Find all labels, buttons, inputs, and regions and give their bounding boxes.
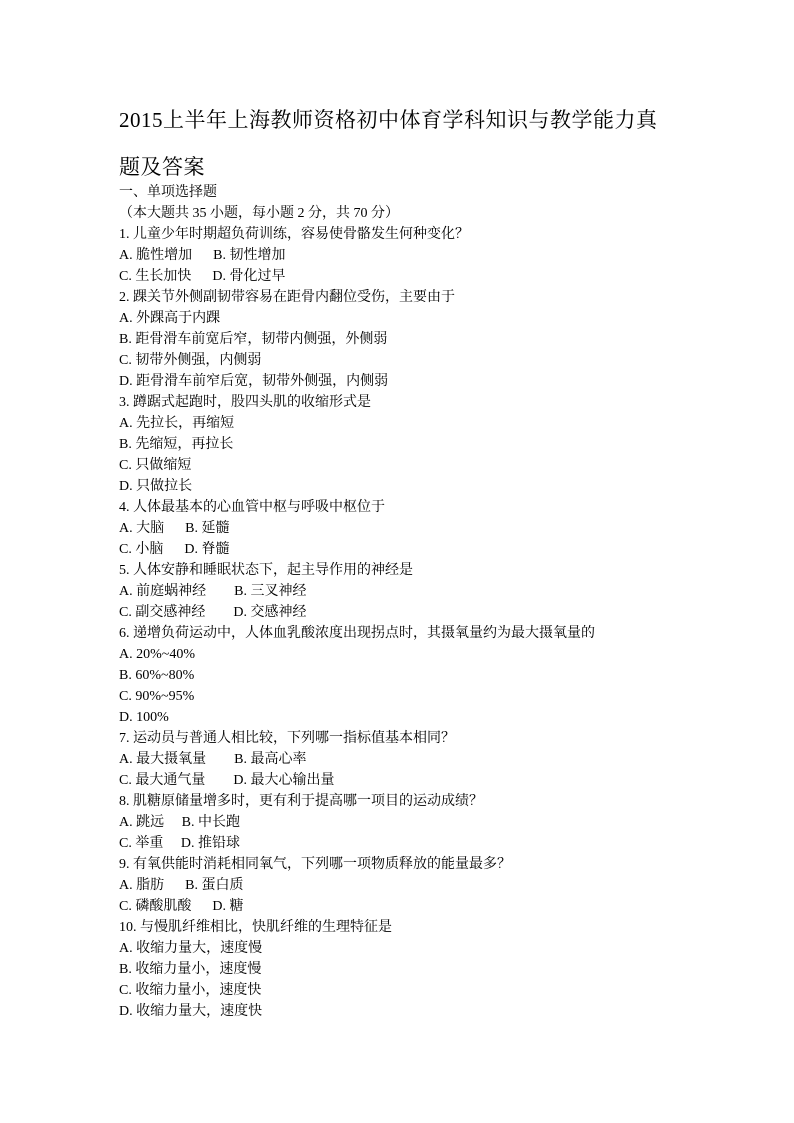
section-heading: 一、单项选择题: [119, 182, 675, 203]
option-line: C. 90%~95%: [119, 686, 675, 707]
option-line: C. 小脑 D. 脊髓: [119, 539, 675, 560]
question-block: 10. 与慢肌纤维相比，快肌纤维的生理特征是 A. 收缩力量大，速度慢 B. 收…: [119, 917, 675, 1022]
option-line: C. 只做缩短: [119, 455, 675, 476]
option-line: C. 最大通气量 D. 最大心输出量: [119, 770, 675, 791]
option-line: B. 先缩短，再拉长: [119, 434, 675, 455]
option-line: C. 生长加快 D. 骨化过早: [119, 266, 675, 287]
question-stem: 4. 人体最基本的心血管中枢与呼吸中枢位于: [119, 497, 675, 518]
question-stem: 10. 与慢肌纤维相比，快肌纤维的生理特征是: [119, 917, 675, 938]
question-stem: 2. 踝关节外侧副韧带容易在距骨内翻位受伤，主要由于: [119, 287, 675, 308]
option-line: C. 磷酸肌酸 D. 糖: [119, 896, 675, 917]
option-line: A. 大脑 B. 延髓: [119, 518, 675, 539]
question-stem: 7. 运动员与普通人相比较，下列哪一指标值基本相同？: [119, 728, 675, 749]
option-line: B. 距骨滑车前宽后窄，韧带内侧强，外侧弱: [119, 329, 675, 350]
option-line: A. 脆性增加 B. 韧性增加: [119, 245, 675, 266]
option-line: C. 韧带外侧强，内侧弱: [119, 350, 675, 371]
document-page: 2015上半年上海教师资格初中体育学科知识与教学能力真 题及答案 一、单项选择题…: [0, 0, 794, 1123]
option-line: A. 前庭蜗神经 B. 三叉神经: [119, 581, 675, 602]
question-stem: 9. 有氧供能时消耗相同氧气，下列哪一项物质释放的能量最多？: [119, 854, 675, 875]
question-stem: 6. 递增负荷运动中，人体血乳酸浓度出现拐点时，其摄氧量约为最大摄氧量的: [119, 623, 675, 644]
question-block: 8. 肌糖原储量增多时，更有利于提高哪一项目的运动成绩？ A. 跳远 B. 中长…: [119, 791, 675, 854]
question-block: 5. 人体安静和睡眠状态下，起主导作用的神经是 A. 前庭蜗神经 B. 三叉神经…: [119, 560, 675, 623]
question-stem: 1. 儿童少年时期超负荷训练，容易使骨骼发生何种变化？: [119, 224, 675, 245]
option-line: B. 60%~80%: [119, 665, 675, 686]
option-line: C. 副交感神经 D. 交感神经: [119, 602, 675, 623]
option-line: A. 外踝高于内踝: [119, 308, 675, 329]
question-block: 4. 人体最基本的心血管中枢与呼吸中枢位于 A. 大脑 B. 延髓 C. 小脑 …: [119, 497, 675, 560]
option-line: A. 最大摄氧量 B. 最高心率: [119, 749, 675, 770]
title-line: 2015上半年上海教师资格初中体育学科知识与教学能力真: [119, 97, 675, 144]
question-block: 3. 蹲踞式起跑时，股四头肌的收缩形式是 A. 先拉长，再缩短 B. 先缩短，再…: [119, 392, 675, 497]
option-line: A. 20%~40%: [119, 644, 675, 665]
option-line: A. 先拉长，再缩短: [119, 413, 675, 434]
option-line: D. 距骨滑车前窄后宽，韧带外侧强，内侧弱: [119, 371, 675, 392]
document-title: 2015上半年上海教师资格初中体育学科知识与教学能力真 题及答案: [119, 97, 675, 191]
question-block: 6. 递增负荷运动中，人体血乳酸浓度出现拐点时，其摄氧量约为最大摄氧量的 A. …: [119, 623, 675, 728]
question-stem: 5. 人体安静和睡眠状态下，起主导作用的神经是: [119, 560, 675, 581]
option-line: D. 100%: [119, 707, 675, 728]
option-line: D. 只做拉长: [119, 476, 675, 497]
question-block: 2. 踝关节外侧副韧带容易在距骨内翻位受伤，主要由于 A. 外踝高于内踝 B. …: [119, 287, 675, 392]
question-stem: 8. 肌糖原储量增多时，更有利于提高哪一项目的运动成绩？: [119, 791, 675, 812]
option-line: C. 举重 D. 推铅球: [119, 833, 675, 854]
option-line: A. 脂肪 B. 蛋白质: [119, 875, 675, 896]
question-stem: 3. 蹲踞式起跑时，股四头肌的收缩形式是: [119, 392, 675, 413]
question-block: 1. 儿童少年时期超负荷训练，容易使骨骼发生何种变化？ A. 脆性增加 B. 韧…: [119, 224, 675, 287]
option-line: C. 收缩力量小，速度快: [119, 980, 675, 1001]
option-line: D. 收缩力量大，速度快: [119, 1001, 675, 1022]
section-note: （本大题共 35 小题，每小题 2 分，共 70 分）: [119, 203, 675, 224]
option-line: B. 收缩力量小，速度慢: [119, 959, 675, 980]
question-block: 7. 运动员与普通人相比较，下列哪一指标值基本相同？ A. 最大摄氧量 B. 最…: [119, 728, 675, 791]
option-line: A. 跳远 B. 中长跑: [119, 812, 675, 833]
question-block: 9. 有氧供能时消耗相同氧气，下列哪一项物质释放的能量最多？ A. 脂肪 B. …: [119, 854, 675, 917]
option-line: A. 收缩力量大，速度慢: [119, 938, 675, 959]
